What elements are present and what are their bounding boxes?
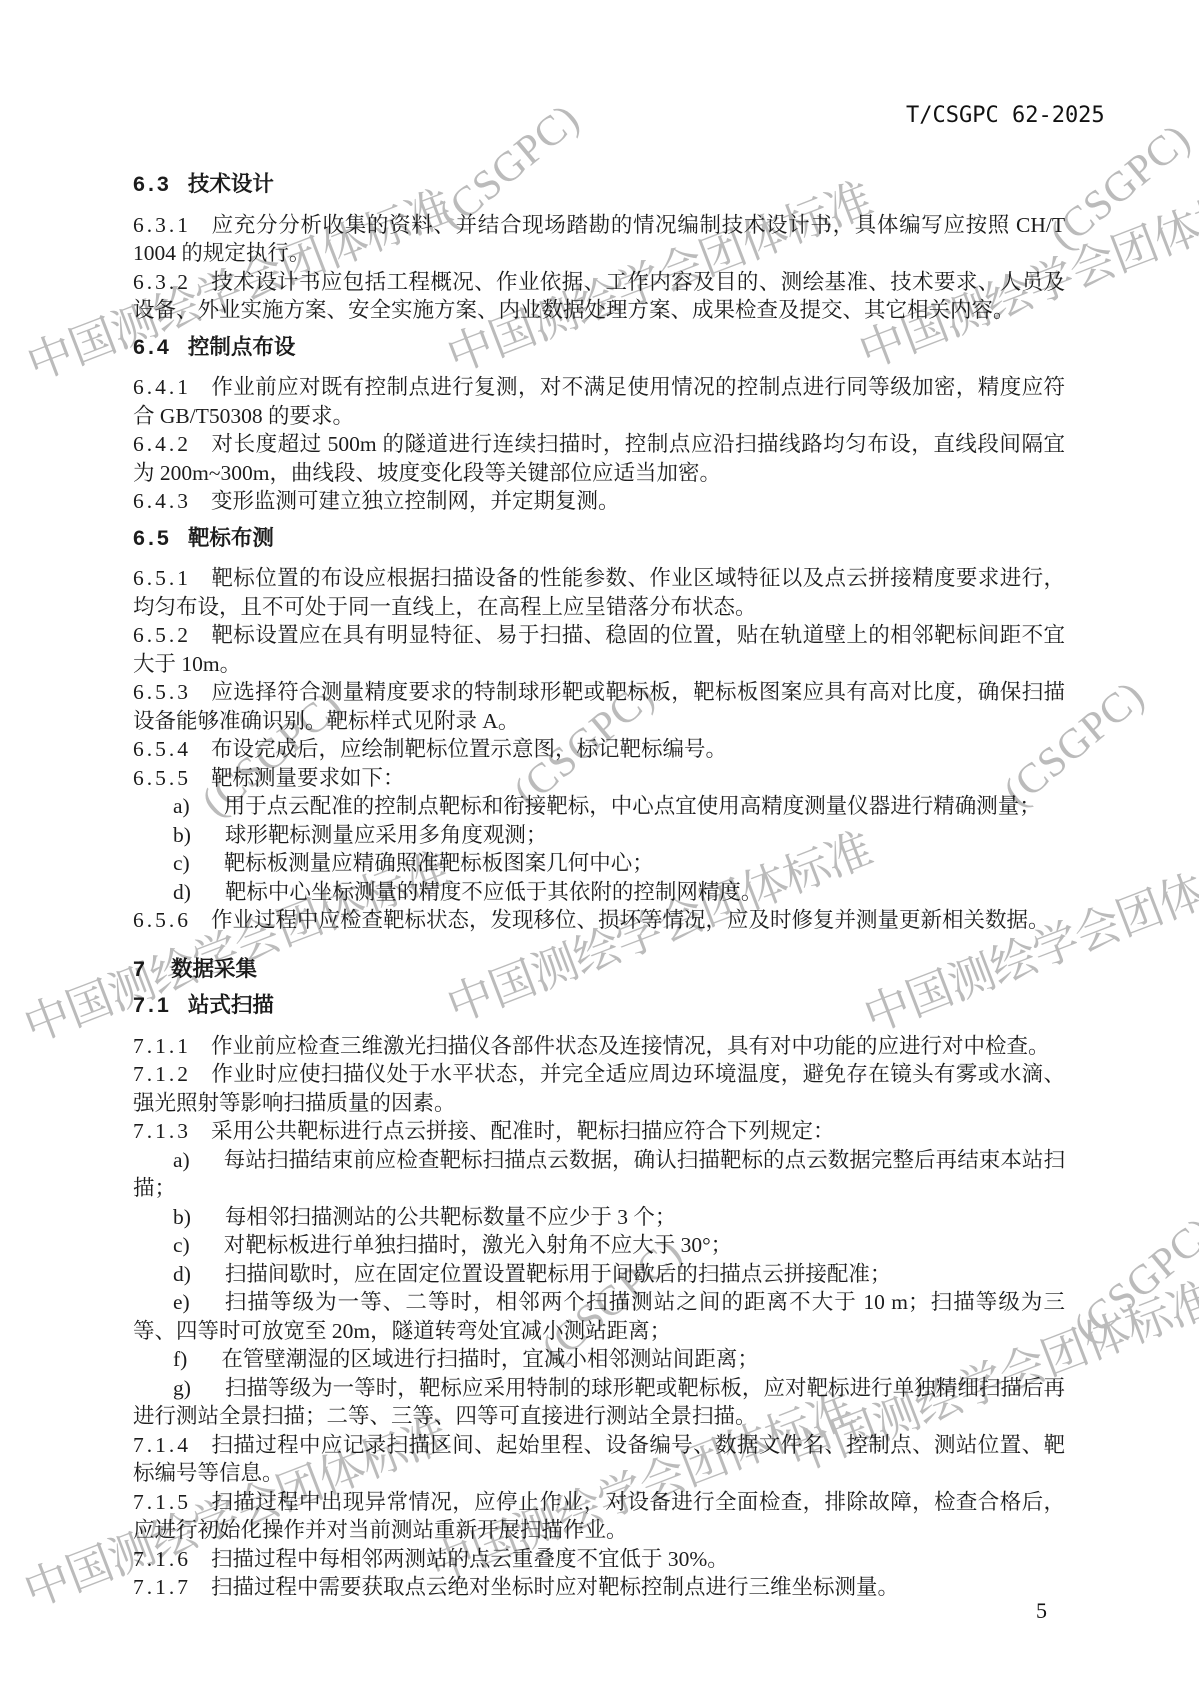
clause-text: 作业前应检查三维激光扫描仪各部件状态及连接情况，具有对中功能的应进行对中检查。	[211, 1034, 1050, 1058]
list-marker: g)	[173, 1376, 191, 1400]
section-title: 控制点布设	[188, 335, 296, 359]
list-marker: a)	[173, 1148, 190, 1172]
clause-number: 6.3.1	[133, 213, 191, 237]
document-body: 6.3技术设计 6.3.1应充分分析收集的资料、并结合现场踏勘的情况编制技术设计…	[133, 170, 1065, 1602]
watermark-en-stamp: (CSGPC)	[1065, 1208, 1199, 1353]
chapter-title: 数据采集	[171, 957, 257, 981]
list-marker: d)	[173, 1262, 191, 1286]
clause-text: 技术设计书应包括工程概况、作业依据、工作内容及目的、测绘基准、技术要求、人员及设…	[133, 270, 1065, 323]
clause-number: 7.1.3	[133, 1119, 191, 1143]
list-marker: e)	[173, 1290, 190, 1314]
list-item-text: 靶标中心坐标测量的精度不应低于其依附的控制网精度。	[225, 880, 763, 904]
list-item-text: 球形靶标测量应采用多角度观测；	[225, 823, 548, 847]
clause: 6.3.1应充分分析收集的资料、并结合现场踏勘的情况编制技术设计书，具体编写应按…	[133, 211, 1065, 268]
list-item-text: 用于点云配准的控制点靶标和衔接靶标，中心点宜使用高精度测量仪器进行精确测量；	[224, 794, 1041, 818]
clause: 7.1.2作业时应使扫描仪处于水平状态，并完全适应周边环境温度，避免存在镜头有雾…	[133, 1060, 1065, 1117]
doc-number-header: T/CSGPC 62-2025	[906, 103, 1105, 128]
list-item: e)扫描等级为一等、二等时，相邻两个扫描测站之间的距离不大于 10 m；扫描等级…	[133, 1288, 1065, 1345]
clause-text: 对长度超过 500m 的隧道进行连续扫描时，控制点应沿扫描线路均匀布设，直线段间…	[133, 432, 1065, 485]
clause-number: 6.3.2	[133, 270, 191, 294]
clause-text: 靶标测量要求如下：	[211, 766, 405, 790]
list-item: c)对靶标板进行单独扫描时，激光入射角不应大于 30°；	[133, 1231, 1065, 1260]
clause: 7.1.6扫描过程中每相邻两测站的点云重叠度不宜低于 30%。	[133, 1545, 1065, 1574]
section-title: 站式扫描	[188, 993, 274, 1017]
clause: 6.5.6作业过程中应检查靶标状态，发现移位、损坏等情况，应及时修复并测量更新相…	[133, 906, 1065, 935]
list-marker: b)	[173, 823, 191, 847]
clause: 6.5.5靶标测量要求如下：	[133, 764, 1065, 793]
list-item: b)球形靶标测量应采用多角度观测；	[133, 821, 1065, 850]
clause: 6.5.3应选择符合测量精度要求的特制球形靶或靶标板，靶标板图案应具有高对比度，…	[133, 678, 1065, 735]
list-item: g)扫描等级为一等时，靶标应采用特制的球形靶或靶标板，应对靶标进行单独精细扫描后…	[133, 1374, 1065, 1431]
clause-number: 6.5.6	[133, 908, 191, 932]
clause-text: 作业过程中应检查靶标状态，发现移位、损坏等情况，应及时修复并测量更新相关数据。	[211, 908, 1050, 932]
clause-text: 采用公共靶标进行点云拼接、配准时，靶标扫描应符合下列规定：	[211, 1119, 835, 1143]
list-marker: c)	[173, 1233, 190, 1257]
clause-number: 7.1.5	[133, 1490, 191, 1514]
section-title: 靶标布测	[188, 526, 274, 550]
clause-text: 扫描过程中出现异常情况，应停止作业，对设备进行全面检查，排除故障，检查合格后，应…	[133, 1490, 1065, 1543]
document-page: T/CSGPC 62-2025 6.3技术设计 6.3.1应充分分析收集的资料、…	[0, 0, 1199, 1696]
clause: 7.1.5扫描过程中出现异常情况，应停止作业，对设备进行全面检查，排除故障，检查…	[133, 1488, 1065, 1545]
clause-number: 7.1.2	[133, 1062, 191, 1086]
list-item: f)在管壁潮湿的区域进行扫描时，宜减小相邻测站间距离；	[133, 1345, 1065, 1374]
section-number: 6.3	[133, 172, 172, 196]
clause-number: 7.1.6	[133, 1547, 191, 1571]
clause-number: 6.5.4	[133, 737, 191, 761]
clause-text: 靶标设置应在具有明显特征、易于扫描、稳固的位置，贴在轨道壁上的相邻靶标间距不宜大…	[133, 623, 1065, 676]
chapter-heading: 7数据采集	[133, 955, 1065, 984]
section-number: 6.4	[133, 335, 172, 359]
clause-text: 扫描过程中需要获取点云绝对坐标时应对靶标控制点进行三维坐标测量。	[211, 1575, 899, 1599]
section-heading: 7.1站式扫描	[133, 991, 1065, 1020]
clause: 6.5.1靶标位置的布设应根据扫描设备的性能参数、作业区域特征以及点云拼接精度要…	[133, 564, 1065, 621]
clause-number: 6.5.2	[133, 623, 191, 647]
list-item: d)靶标中心坐标测量的精度不应低于其依附的控制网精度。	[133, 878, 1065, 907]
list-item-text: 扫描等级为一等、二等时，相邻两个扫描测站之间的距离不大于 10 m；扫描等级为三…	[133, 1290, 1065, 1343]
clause-number: 7.1.7	[133, 1575, 191, 1599]
section-number: 6.5	[133, 526, 172, 550]
list-marker: b)	[173, 1205, 191, 1229]
list-item-text: 扫描等级为一等时，靶标应采用特制的球形靶或靶标板，应对靶标进行单独精细扫描后再进…	[133, 1376, 1065, 1429]
list-item: d)扫描间歇时，应在固定位置设置靶标用于间歇后的扫描点云拼接配准；	[133, 1260, 1065, 1289]
section-heading: 6.3技术设计	[133, 170, 1065, 199]
clause-text: 作业前应对既有控制点进行复测，对不满足使用情况的控制点进行同等级加密，精度应符合…	[133, 375, 1065, 428]
clause: 7.1.7扫描过程中需要获取点云绝对坐标时应对靶标控制点进行三维坐标测量。	[133, 1573, 1065, 1602]
clause: 6.5.4布设完成后，应绘制靶标位置示意图，标记靶标编号。	[133, 735, 1065, 764]
clause-text: 应选择符合测量精度要求的特制球形靶或靶标板，靶标板图案应具有高对比度，确保扫描设…	[133, 680, 1065, 733]
section-heading: 6.4控制点布设	[133, 333, 1065, 362]
clause-number: 6.5.1	[133, 566, 191, 590]
clause: 7.1.3采用公共靶标进行点云拼接、配准时，靶标扫描应符合下列规定：	[133, 1117, 1065, 1146]
clause-number: 7.1.4	[133, 1433, 191, 1457]
clause-text: 作业时应使扫描仪处于水平状态，并完全适应周边环境温度，避免存在镜头有雾或水滴、强…	[133, 1062, 1065, 1115]
list-marker: a)	[173, 794, 190, 818]
section-title: 技术设计	[188, 172, 274, 196]
list-item-text: 在管壁潮湿的区域进行扫描时，宜减小相邻测站间距离；	[221, 1347, 759, 1371]
clause: 7.1.1作业前应检查三维激光扫描仪各部件状态及连接情况，具有对中功能的应进行对…	[133, 1032, 1065, 1061]
list-item: b)每相邻扫描测站的公共靶标数量不应少于 3 个；	[133, 1203, 1065, 1232]
list-marker: f)	[173, 1347, 187, 1371]
clause-text: 布设完成后，应绘制靶标位置示意图，标记靶标编号。	[211, 737, 727, 761]
chapter-number: 7	[133, 957, 145, 981]
clause-number: 6.5.5	[133, 766, 191, 790]
clause: 6.4.3变形监测可建立独立控制网，并定期复测。	[133, 487, 1065, 516]
clause: 6.5.2靶标设置应在具有明显特征、易于扫描、稳固的位置，贴在轨道壁上的相邻靶标…	[133, 621, 1065, 678]
list-item-text: 靶标板测量应精确照准靶标板图案几何中心；	[224, 851, 654, 875]
clause: 6.4.2对长度超过 500m 的隧道进行连续扫描时，控制点应沿扫描线路均匀布设…	[133, 430, 1065, 487]
list-item: a)用于点云配准的控制点靶标和衔接靶标，中心点宜使用高精度测量仪器进行精确测量；	[133, 792, 1065, 821]
section-number: 7.1	[133, 993, 172, 1017]
clause-text: 应充分分析收集的资料、并结合现场踏勘的情况编制技术设计书，具体编写应按照 CH/…	[133, 213, 1065, 266]
section-heading: 6.5靶标布测	[133, 524, 1065, 553]
list-item-text: 扫描间歇时，应在固定位置设置靶标用于间歇后的扫描点云拼接配准；	[225, 1262, 892, 1286]
list-item: c)靶标板测量应精确照准靶标板图案几何中心；	[133, 849, 1065, 878]
list-item: a)每站扫描结束前应检查靶标扫描点云数据，确认扫描靶标的点云数据完整后再结束本站…	[133, 1146, 1065, 1203]
list-marker: d)	[173, 880, 191, 904]
clause-text: 变形监测可建立独立控制网，并定期复测。	[211, 489, 620, 513]
clause: 7.1.4扫描过程中应记录扫描区间、起始里程、设备编号、数据文件名、控制点、测站…	[133, 1431, 1065, 1488]
list-item-text: 每相邻扫描测站的公共靶标数量不应少于 3 个；	[225, 1205, 677, 1229]
clause-number: 6.5.3	[133, 680, 191, 704]
clause-text: 扫描过程中每相邻两测站的点云重叠度不宜低于 30%。	[211, 1547, 729, 1571]
clause: 6.4.1作业前应对既有控制点进行复测，对不满足使用情况的控制点进行同等级加密，…	[133, 373, 1065, 430]
clause-number: 6.4.1	[133, 375, 191, 399]
clause-number: 6.4.3	[133, 489, 191, 513]
list-item-text: 每站扫描结束前应检查靶标扫描点云数据，确认扫描靶标的点云数据完整后再结束本站扫描…	[133, 1148, 1065, 1201]
clause-number: 6.4.2	[133, 432, 191, 456]
list-marker: c)	[173, 851, 190, 875]
page-number: 5	[1036, 1598, 1047, 1624]
clause-number: 7.1.1	[133, 1034, 191, 1058]
clause: 6.3.2技术设计书应包括工程概况、作业依据、工作内容及目的、测绘基准、技术要求…	[133, 268, 1065, 325]
list-item-text: 对靶标板进行单独扫描时，激光入射角不应大于 30°；	[224, 1233, 732, 1257]
clause-text: 靶标位置的布设应根据扫描设备的性能参数、作业区域特征以及点云拼接精度要求进行，均…	[133, 566, 1065, 619]
clause-text: 扫描过程中应记录扫描区间、起始里程、设备编号、数据文件名、控制点、测站位置、靶标…	[133, 1433, 1065, 1486]
